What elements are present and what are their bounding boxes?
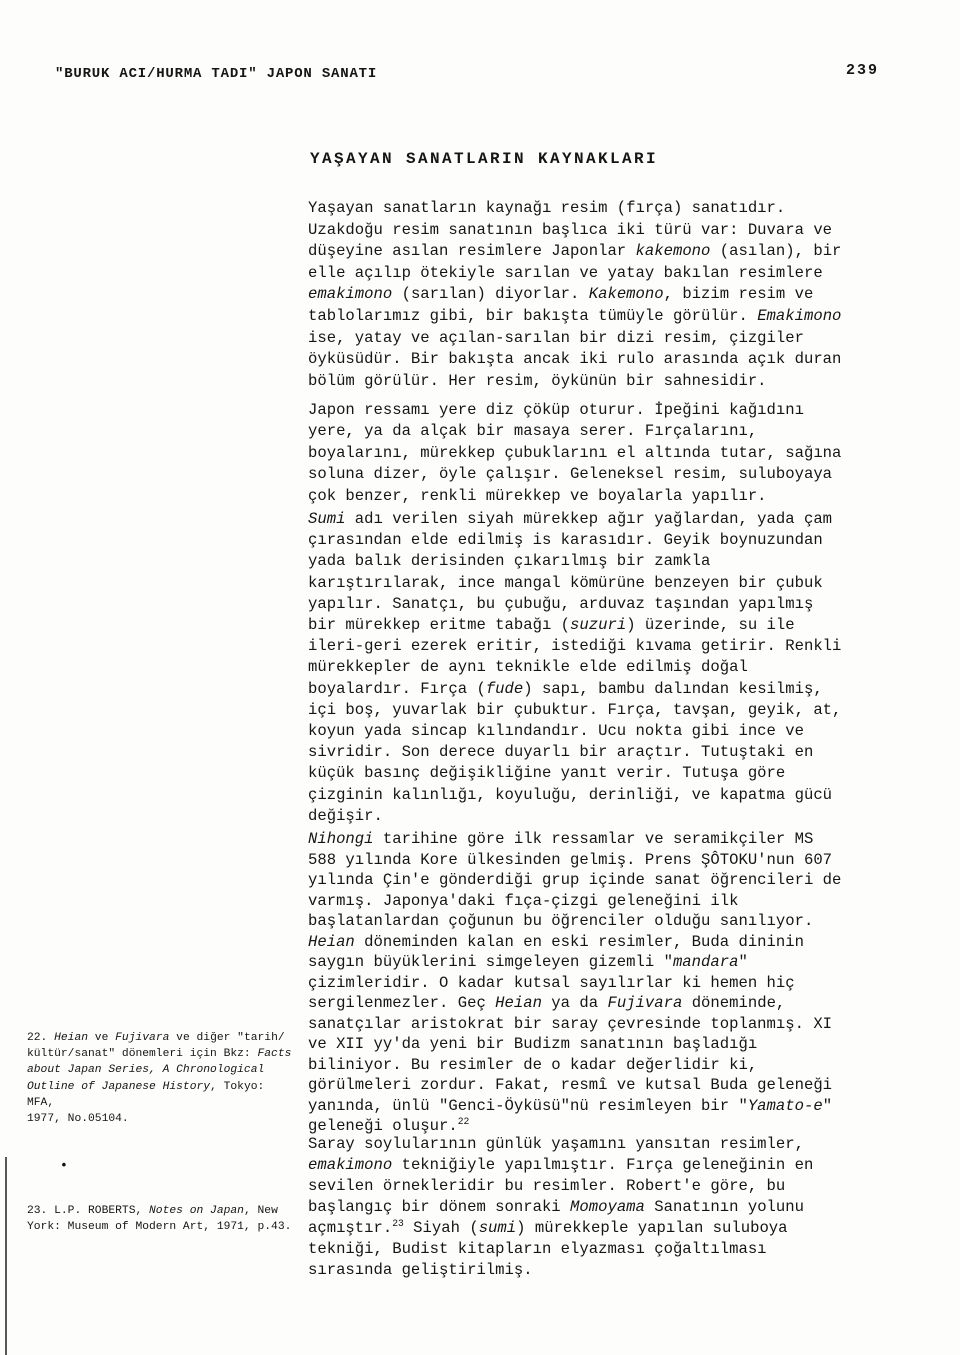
footnote-22: 22. Heian ve Fujivara ve diğer "tarih/ k…	[27, 1030, 295, 1127]
paragraph-nihongi-history: Nihongi tarihine göre ilk ressamlar ve s…	[308, 829, 878, 1137]
section-heading: YAŞAYAN SANATLARIN KAYNAKLARI	[310, 150, 658, 168]
running-head-title: "BURUK ACI/HURMA TADI" JAPON SANATI	[55, 66, 377, 82]
paragraph-court-life-emakimono: Saray soylularının günlük yaşamını yansı…	[308, 1134, 878, 1281]
margin-dot-mark: •	[60, 1158, 68, 1173]
scan-edge-artifact-line	[5, 1157, 7, 1355]
paragraph-sumi-ink-and-brush: Sumi adı verilen siyah mürekkep ağır yağ…	[308, 509, 878, 827]
page-number: 239	[846, 62, 879, 79]
footnote-23: 23. L.P. ROBERTS, Notes on Japan, New Yo…	[27, 1203, 295, 1235]
paragraph-intro-painting-types: Yaşayan sanatların kaynağı resim (fırça)…	[308, 198, 878, 392]
paragraph-painter-working-style: Japon ressamı yere diz çöküp oturur. İpe…	[308, 400, 878, 507]
scanned-document-page: "BURUK ACI/HURMA TADI" JAPON SANATI 239 …	[0, 0, 960, 1355]
